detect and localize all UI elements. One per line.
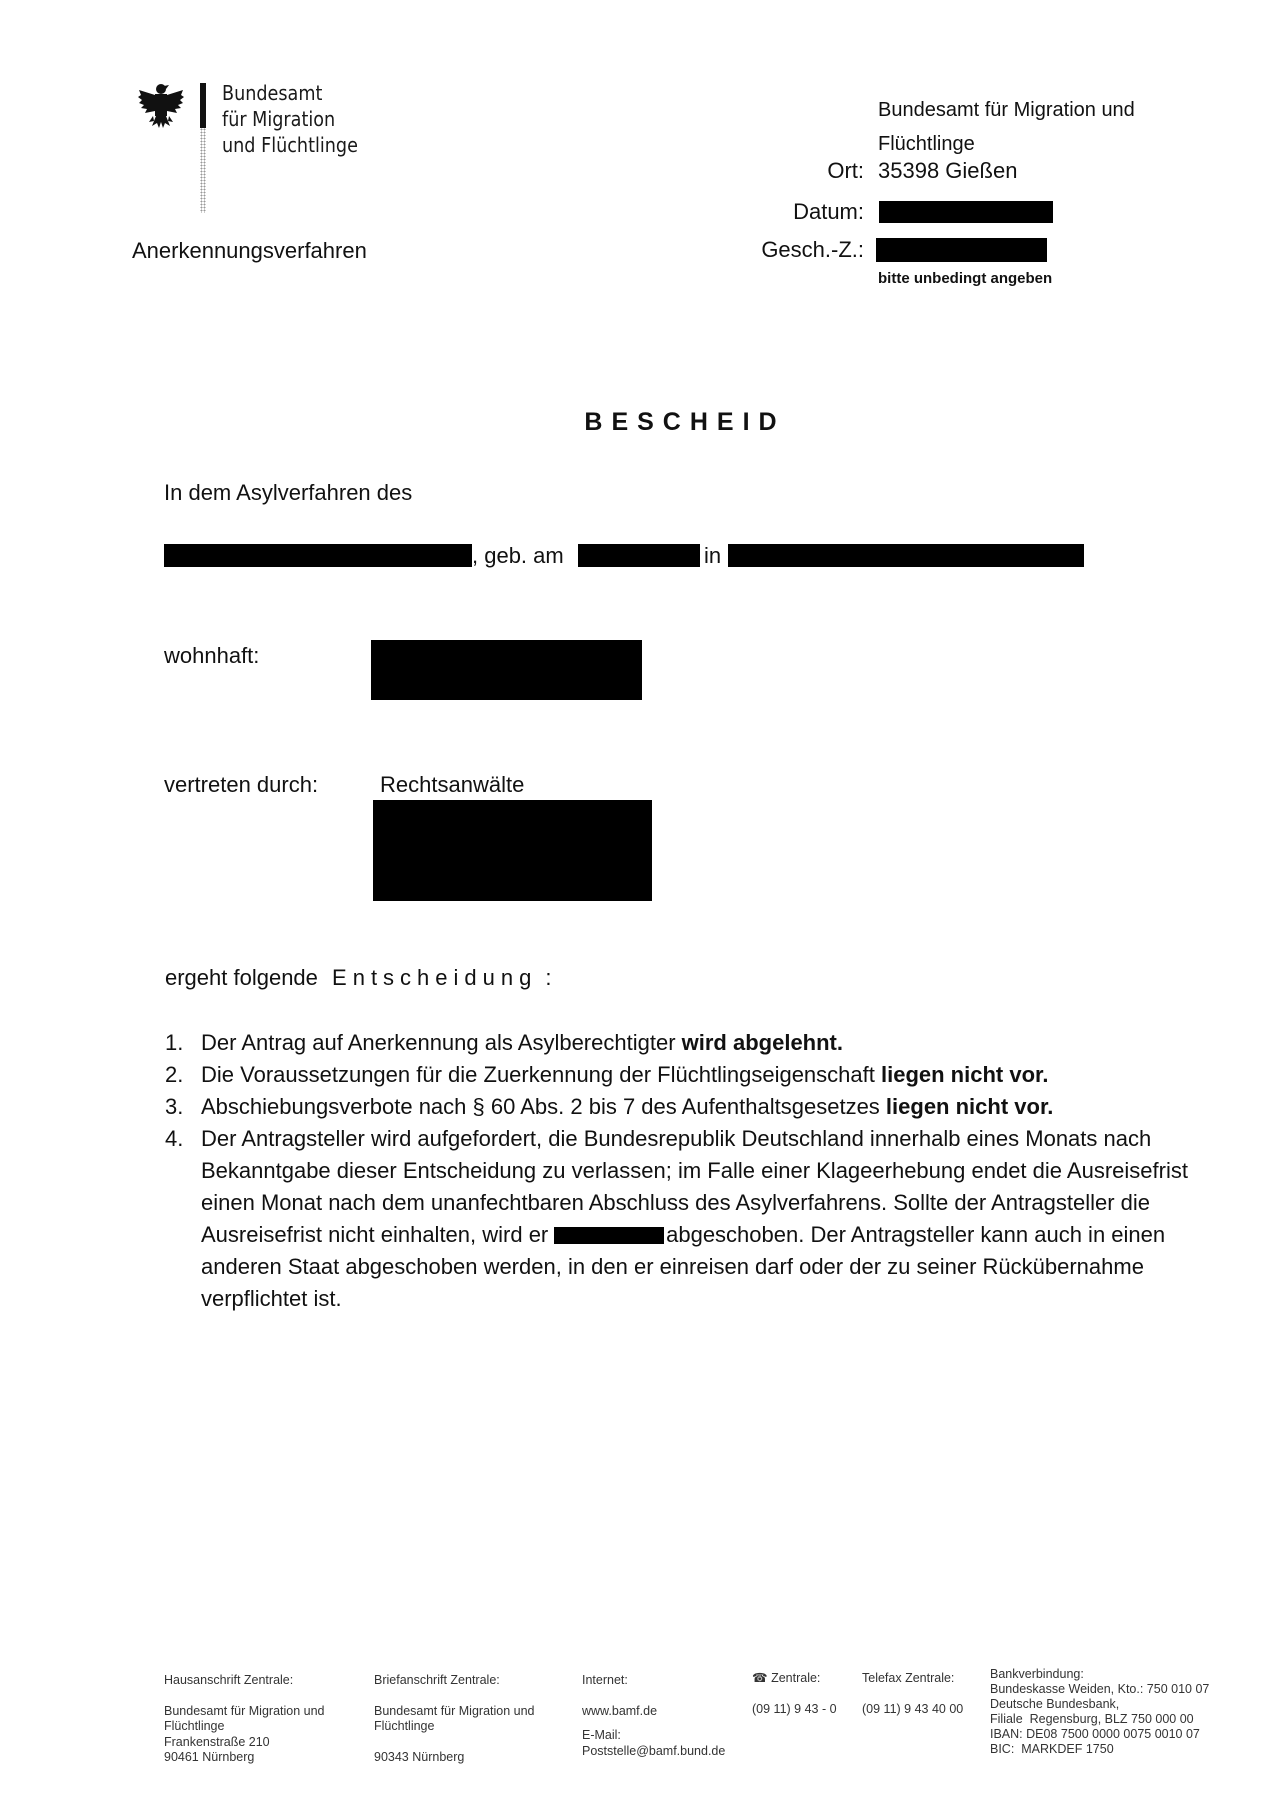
footer-spacer [374, 1735, 554, 1751]
footer-line: Bundesamt für Migration und Flüchtlinge [164, 1704, 344, 1735]
decision-item: 1. Der Antrag auf Anerkennung als Asylbe… [165, 1027, 1225, 1059]
footer-heading: Hausanschrift Zentrale: [164, 1673, 344, 1689]
footer-line: Bundeskasse Weiden, Kto.: 750 010 07 [990, 1682, 1230, 1697]
footer-line: BIC: MARKDEF 1750 [990, 1742, 1230, 1757]
datum-redacted [879, 201, 1053, 223]
footer-heading: Bankverbindung: [990, 1667, 1230, 1682]
deport-country-redacted [554, 1227, 664, 1244]
file-number-redacted [876, 238, 1047, 262]
phone-number: (09 11) 9 43 - 0 [752, 1702, 852, 1718]
logo-line-1: Bundesamt [222, 80, 358, 106]
footer-heading: Internet: [582, 1673, 752, 1689]
footer-line: Frankenstraße 210 [164, 1735, 344, 1751]
born-on-label: , geb. am [472, 543, 564, 569]
decision-intro: ergeht folgende Entscheidung: [165, 965, 557, 991]
decision-text: Abschiebungsverbote nach § 60 Abs. 2 bis… [201, 1094, 886, 1119]
file-number-hint: bitte unbedingt angeben [878, 270, 1052, 287]
logo-line-3: und Flüchtlinge [222, 132, 358, 158]
birth-date-redacted [578, 544, 700, 567]
decision-item: 3. Abschiebungsverbote nach § 60 Abs. 2 … [165, 1091, 1225, 1123]
email-label: E-Mail: [582, 1728, 752, 1744]
intro-text: In dem Asylverfahren des [164, 480, 412, 506]
decision-list: 1. Der Antrag auf Anerkennung als Asylbe… [165, 1027, 1225, 1315]
footer-line: 90343 Nürnberg [374, 1750, 554, 1766]
agency-logo-text: Bundesamt für Migration und Flüchtlinge [222, 80, 358, 158]
represented-value: Rechtsanwälte [380, 772, 524, 798]
footer-street-address: Hausanschrift Zentrale: Bundesamt für Mi… [164, 1673, 344, 1766]
decision-colon: : [545, 965, 557, 990]
name-redacted [164, 544, 472, 567]
logo-line-2: für Migration [222, 106, 358, 132]
decision-outcome: liegen nicht vor. [881, 1062, 1048, 1087]
residence-label: wohnhaft: [164, 643, 259, 669]
footer-postal-address: Briefanschrift Zentrale: Bundesamt für M… [374, 1673, 554, 1766]
document-title: BESCHEID [0, 408, 1280, 437]
decision-item: 4. Der Antragsteller wird aufgefordert, … [165, 1123, 1236, 1315]
footer-line: Bundesamt für Migration und Flüchtlinge [374, 1704, 554, 1735]
decision-item: 2. Die Voraussetzungen für die Zuerkennu… [165, 1059, 1225, 1091]
fax-number: (09 11) 9 43 40 00 [862, 1702, 982, 1718]
ort-value: 35398 Gießen [878, 158, 1017, 184]
residence-redacted [371, 640, 642, 700]
footer-line: Filiale Regensburg, BLZ 750 000 00 [990, 1712, 1230, 1727]
decision-outcome: liegen nicht vor. [886, 1094, 1053, 1119]
footer-line: 90461 Nürnberg [164, 1750, 344, 1766]
footer-line: Deutsche Bundesbank, [990, 1697, 1230, 1712]
website-link[interactable]: www.bamf.de [582, 1704, 752, 1720]
represented-label: vertreten durch: [164, 772, 318, 798]
footer-fax: Telefax Zentrale: (09 11) 9 43 40 00 [862, 1671, 982, 1717]
decision-text: Die Voraussetzungen für die Zuerkennung … [201, 1062, 881, 1087]
ort-label: Ort: [664, 158, 864, 184]
decision-number: 4. [165, 1123, 183, 1155]
datum-label: Datum: [664, 199, 864, 225]
footer-phone: ☎ Zentrale: (09 11) 9 43 - 0 [752, 1671, 852, 1717]
office-name: Bundesamt für Migration und Flüchtlinge [878, 93, 1198, 161]
footer-heading: Briefanschrift Zentrale: [374, 1673, 554, 1689]
decision-number: 3. [165, 1091, 183, 1123]
birth-place-redacted [728, 544, 1084, 567]
email-link[interactable]: Poststelle@bamf.bund.de [582, 1744, 752, 1760]
logo-bar-dots [200, 128, 206, 213]
decision-number: 2. [165, 1059, 183, 1091]
federal-eagle-icon [137, 80, 185, 132]
procedure-type: Anerkennungsverfahren [132, 238, 367, 264]
decision-number: 1. [165, 1027, 183, 1059]
footer-heading: Zentrale: [771, 1671, 820, 1685]
decision-intro-text: ergeht folgende [165, 965, 318, 990]
decision-text: Der Antrag auf Anerkennung als Asylberec… [201, 1030, 682, 1055]
file-number-label: Gesch.-Z.: [664, 237, 864, 263]
footer-line: IBAN: DE08 7500 0000 0075 0010 07 [990, 1727, 1230, 1742]
decision-word: Entscheidung [332, 965, 537, 990]
in-label: in [704, 543, 721, 569]
footer-heading: Telefax Zentrale: [862, 1671, 982, 1687]
footer-bank: Bankverbindung: Bundeskasse Weiden, Kto.… [990, 1667, 1230, 1757]
representative-redacted [373, 800, 652, 901]
telephone-icon: ☎ [752, 1671, 768, 1685]
decision-outcome: wird abgelehnt. [682, 1030, 843, 1055]
logo-bar [200, 83, 206, 128]
footer-internet: Internet: www.bamf.de E-Mail: Poststelle… [582, 1673, 752, 1759]
